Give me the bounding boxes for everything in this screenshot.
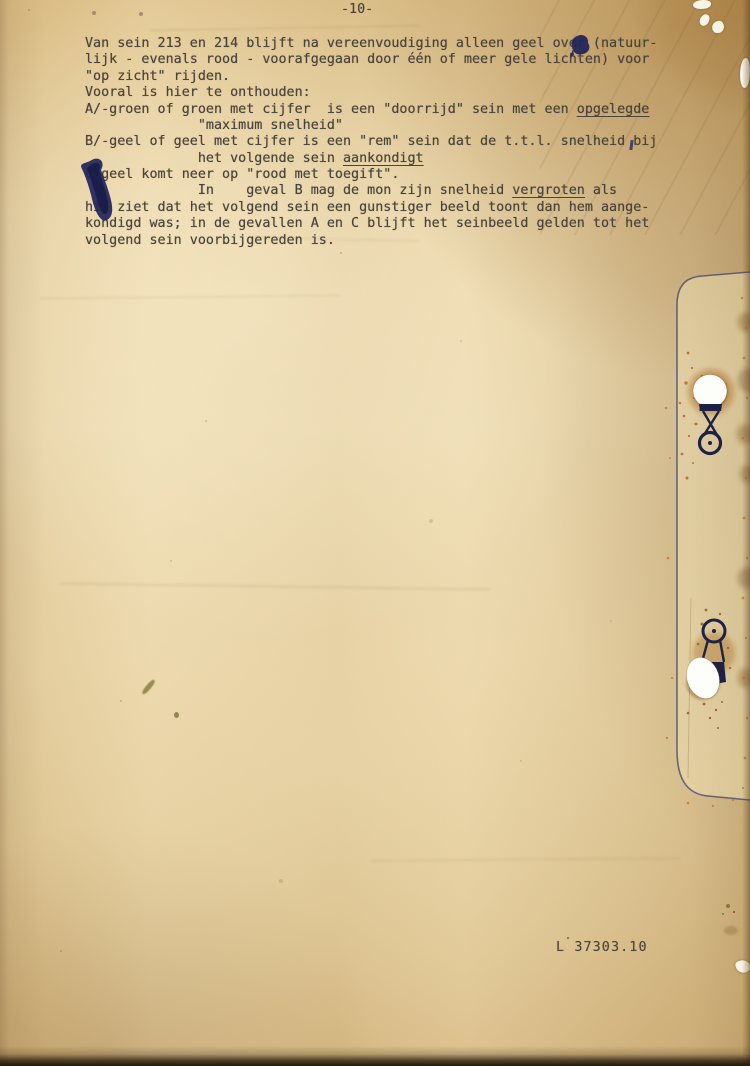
page-edge-shadow-right: [742, 0, 750, 1066]
typewritten-line: het volgende sein aankondigt: [85, 151, 657, 167]
typewritten-line: C/geel komt neer op "rood met toegift".: [85, 167, 657, 183]
paper-crease: [60, 582, 490, 591]
paper-crease: [40, 294, 340, 299]
typewritten-line: Vooral is hier te onthouden:: [85, 85, 657, 101]
page-number: -10-: [341, 2, 373, 17]
strip-body: [677, 272, 750, 800]
page-edge-shadow-bottom: [0, 1046, 750, 1066]
typewritten-line: B/-geel of geel met cijfer is een "rem" …: [85, 134, 657, 150]
ink-blot: [76, 156, 120, 226]
page-edge-shadow-left: [0, 0, 9, 1066]
stain-mark: [174, 712, 179, 718]
binding-strip: [658, 258, 750, 814]
typewritten-line: kondigd was; in de gevallen A en C blijf…: [85, 216, 657, 232]
typewritten-line: hij ziet dat het volgend sein een gunsti…: [85, 200, 657, 216]
ink-spot: [567, 33, 595, 59]
typewritten-line: A/-groen of groen met cijfer is een "doo…: [85, 102, 657, 118]
scanned-document-page: -10- Van sein 213 en 214 blijft na veree…: [0, 0, 750, 1066]
typewritten-line: "op zicht" rijden.: [85, 69, 657, 85]
typewritten-line: "maximum snelheid": [85, 118, 657, 134]
stain-mark: [724, 926, 738, 935]
paper-crease: [150, 25, 420, 32]
reference-number: L 37303.10: [556, 940, 648, 955]
typewritten-text-block: Van sein 213 en 214 blijft na vereenvoud…: [85, 36, 657, 249]
typewritten-line: volgend sein voorbijgereden is.: [85, 233, 657, 249]
stain-mark: [141, 678, 156, 695]
paper-crease: [370, 857, 680, 863]
typewritten-line: In geval B mag de mon zijn snelheid verg…: [85, 183, 657, 199]
punch-hole-top: [693, 375, 727, 408]
